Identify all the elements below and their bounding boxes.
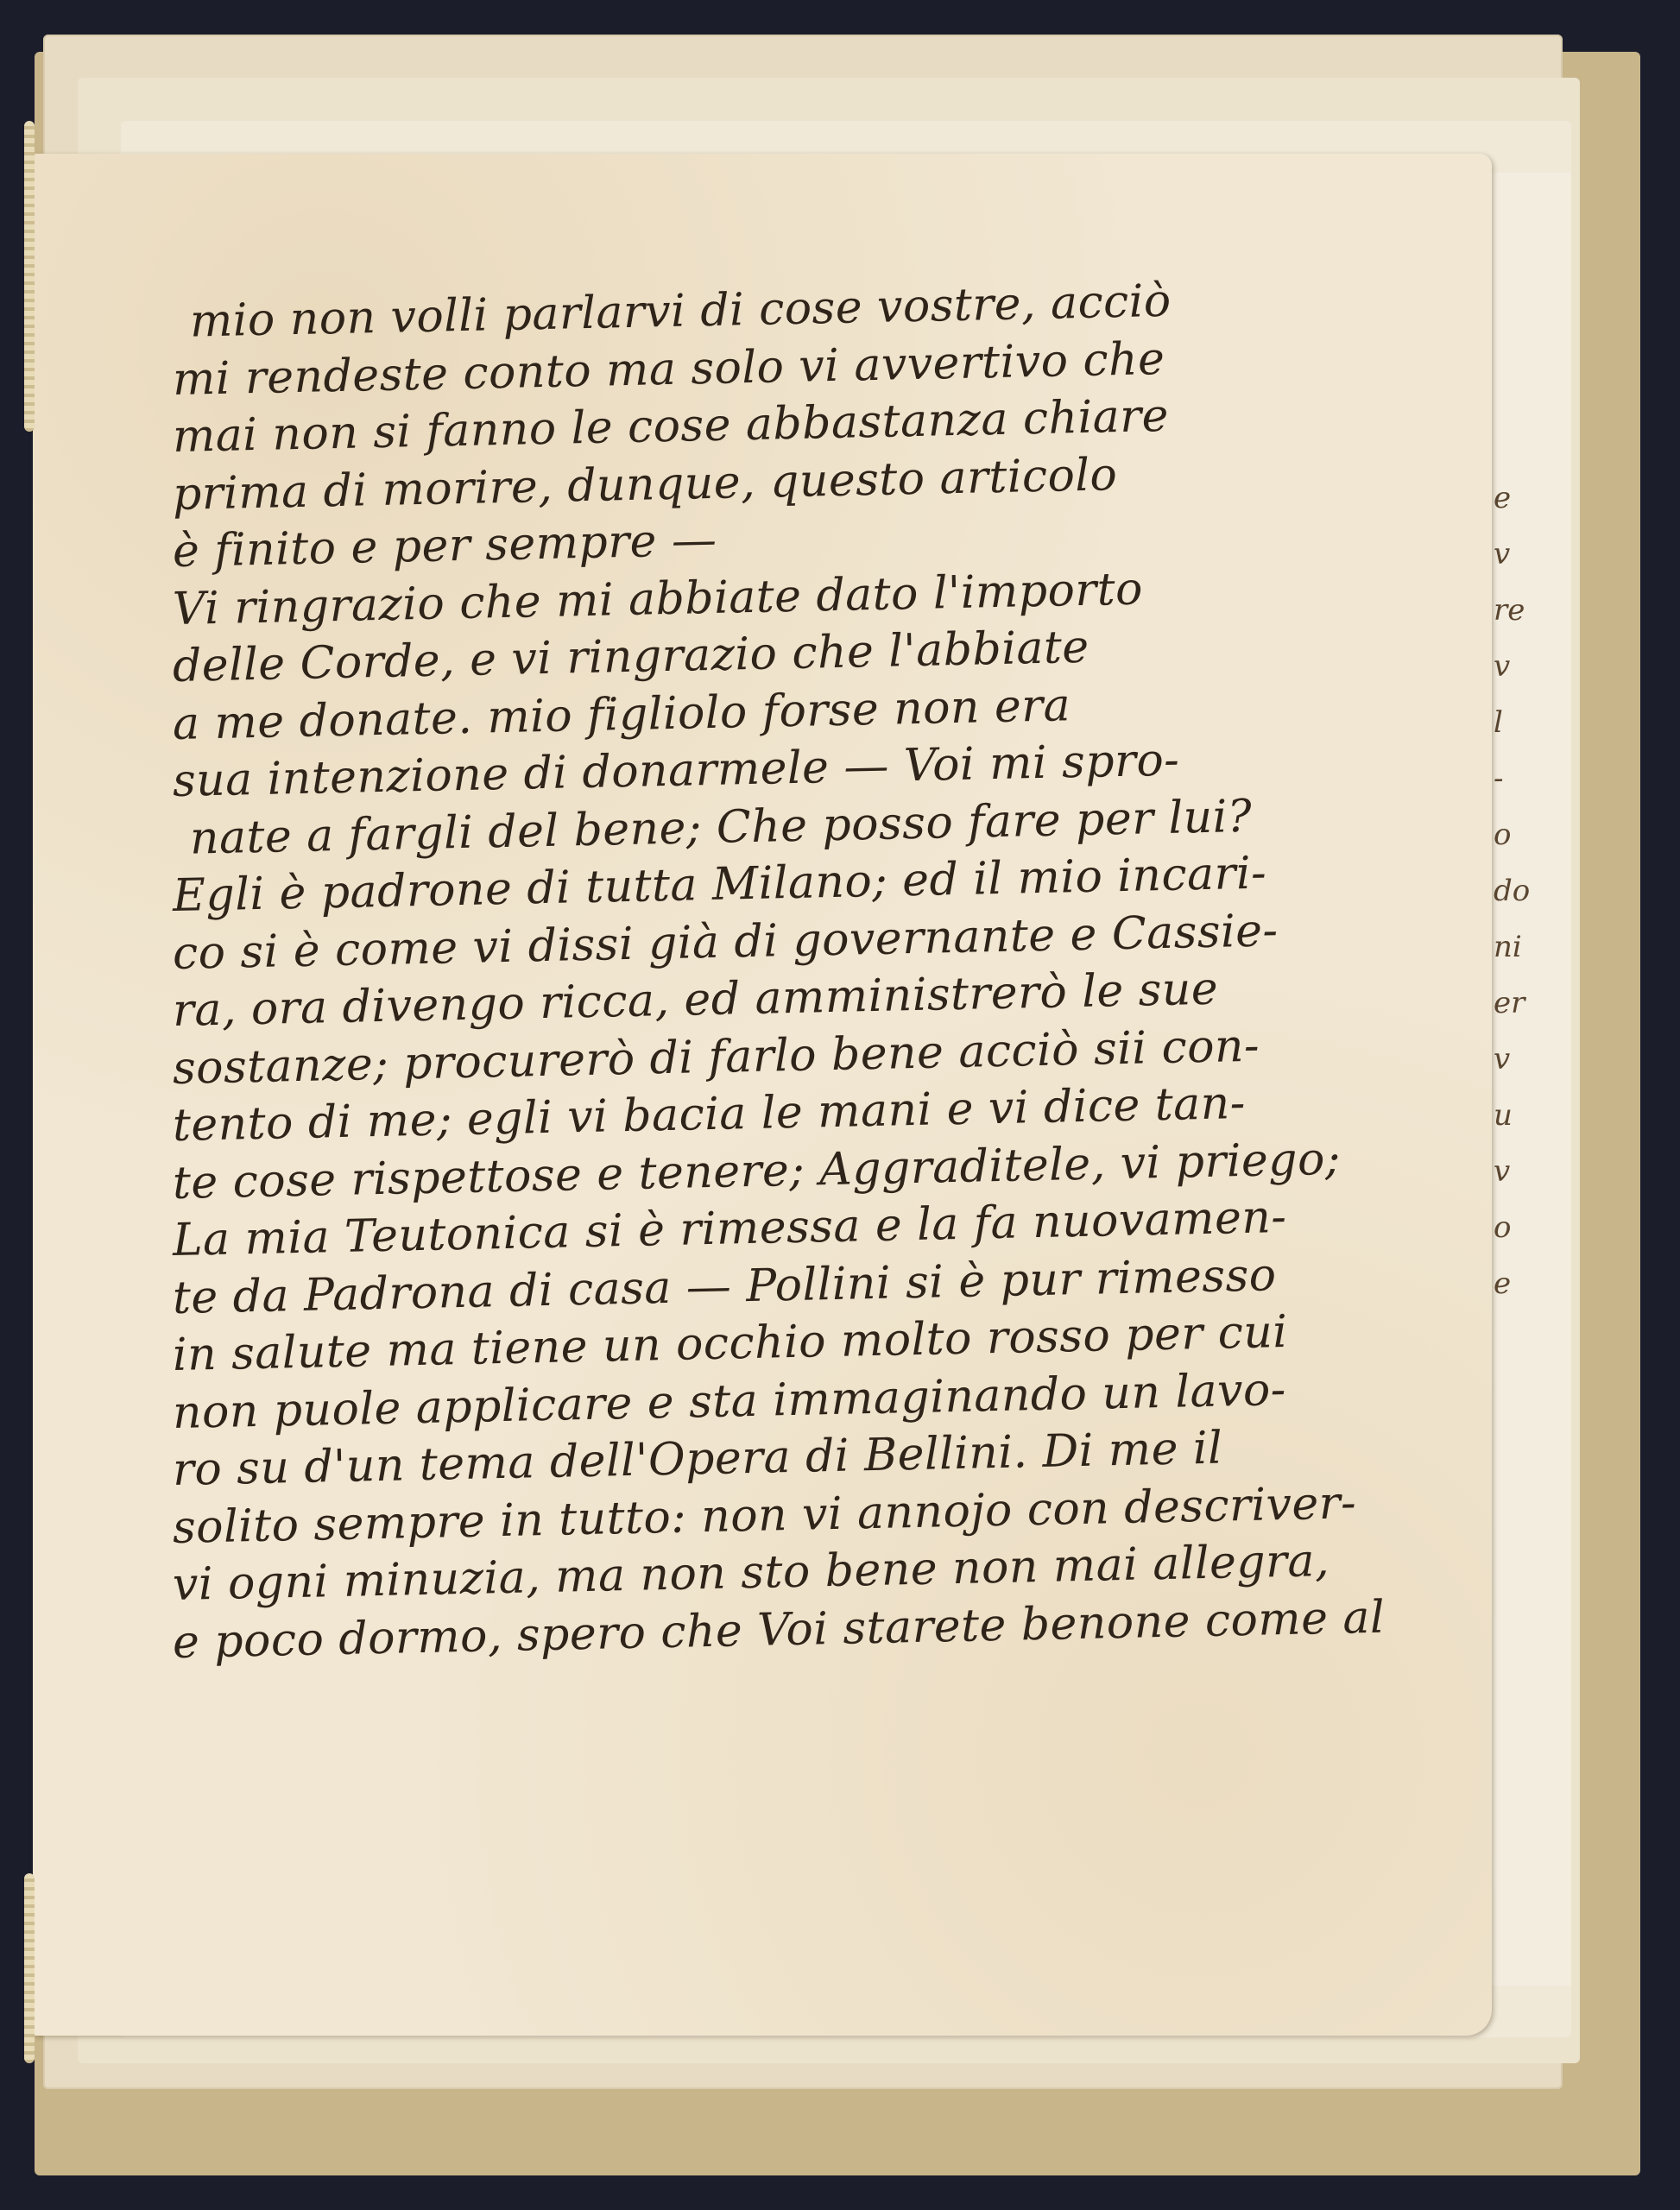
fragment: er [1494,988,1563,1045]
handwritten-text: mio non volli parlarvi di cose vostre, a… [173,294,1399,1671]
binding-thread [24,121,35,432]
fragment: o [1494,820,1563,876]
fragment: - [1494,764,1563,820]
fragment: v [1494,1157,1563,1213]
fragment: do [1494,876,1563,932]
fragment: re [1494,596,1563,652]
fragment: e [1494,483,1563,540]
fragment: v [1494,540,1563,596]
fragment: e [1494,1269,1563,1325]
fragment: ni [1494,932,1563,988]
fragment: o [1494,1213,1563,1269]
fragment: v [1494,1045,1563,1101]
fragment: l [1494,708,1563,764]
binding-thread [24,1873,35,2063]
underlying-page-text-fragments: e v re v l - o do ni er v u v o e [1494,483,1563,1325]
fragment: u [1494,1101,1563,1157]
fragment: v [1494,652,1563,708]
